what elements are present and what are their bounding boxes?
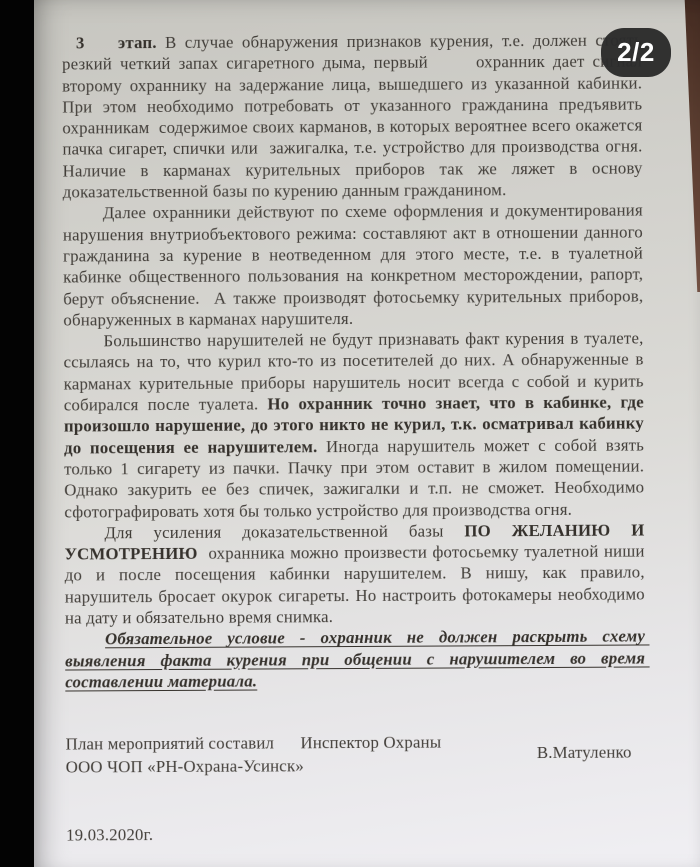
document-footer: План мероприятий составил Инспектор Охра… xyxy=(66,730,646,779)
photo-viewer: 3 этап. В случае обнаружения признаков к… xyxy=(0,0,700,867)
paragraph-mandatory-condition: Обязательное условие - охранник не долже… xyxy=(65,626,645,693)
signature-name: В.Матуленко xyxy=(537,742,632,764)
paragraph-procedure: Далее охранники действуют по схеме оформ… xyxy=(63,200,644,331)
letterbox-bar-left xyxy=(0,0,34,867)
paragraph-stage-3: 3 этап. В случае обнаружения признаков к… xyxy=(62,29,643,202)
document-sheet: 3 этап. В случае обнаружения признаков к… xyxy=(62,29,646,846)
document-date: 19.03.2020г. xyxy=(66,822,646,846)
text-segment: Обязательное условие - охранник не долже… xyxy=(65,627,649,692)
paragraph-denial: Большинство нарушителей не будут признав… xyxy=(63,328,644,523)
text-segment: Для усиления доказательственной базы xyxy=(104,521,464,542)
table-edge xyxy=(683,0,700,292)
text-segment: 3 этап. xyxy=(76,33,157,52)
text-segment: В случае обнаружения признаков курения, … xyxy=(62,30,647,201)
document-photo[interactable]: 3 этап. В случае обнаружения признаков к… xyxy=(34,0,700,867)
page-indicator-badge: 2/2 xyxy=(601,28,671,77)
paragraph-extra-photos: Для усиления доказательственной базы ПО … xyxy=(64,519,645,629)
text-segment: Далее охранники действуют по схеме оформ… xyxy=(63,201,648,330)
